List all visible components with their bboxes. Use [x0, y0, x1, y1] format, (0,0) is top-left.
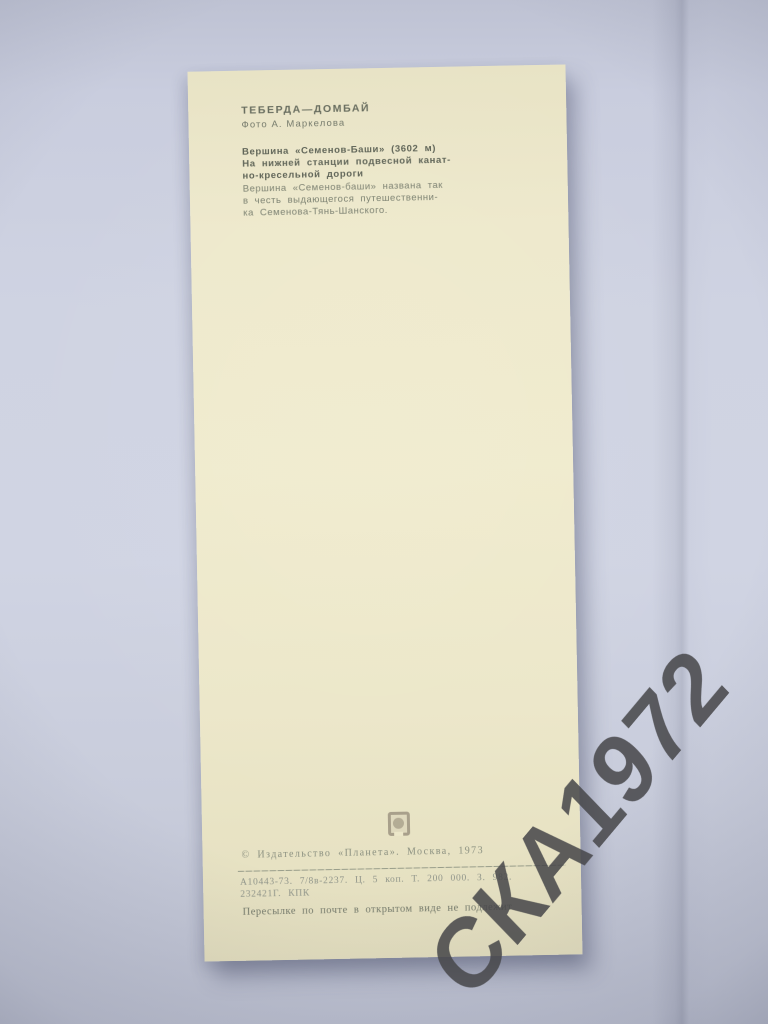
- photo-scene: ТЕБЕРДА—ДОМБАЙ Фото А. Маркелова Вершина…: [0, 0, 768, 1024]
- photo-vignette: [0, 0, 768, 1024]
